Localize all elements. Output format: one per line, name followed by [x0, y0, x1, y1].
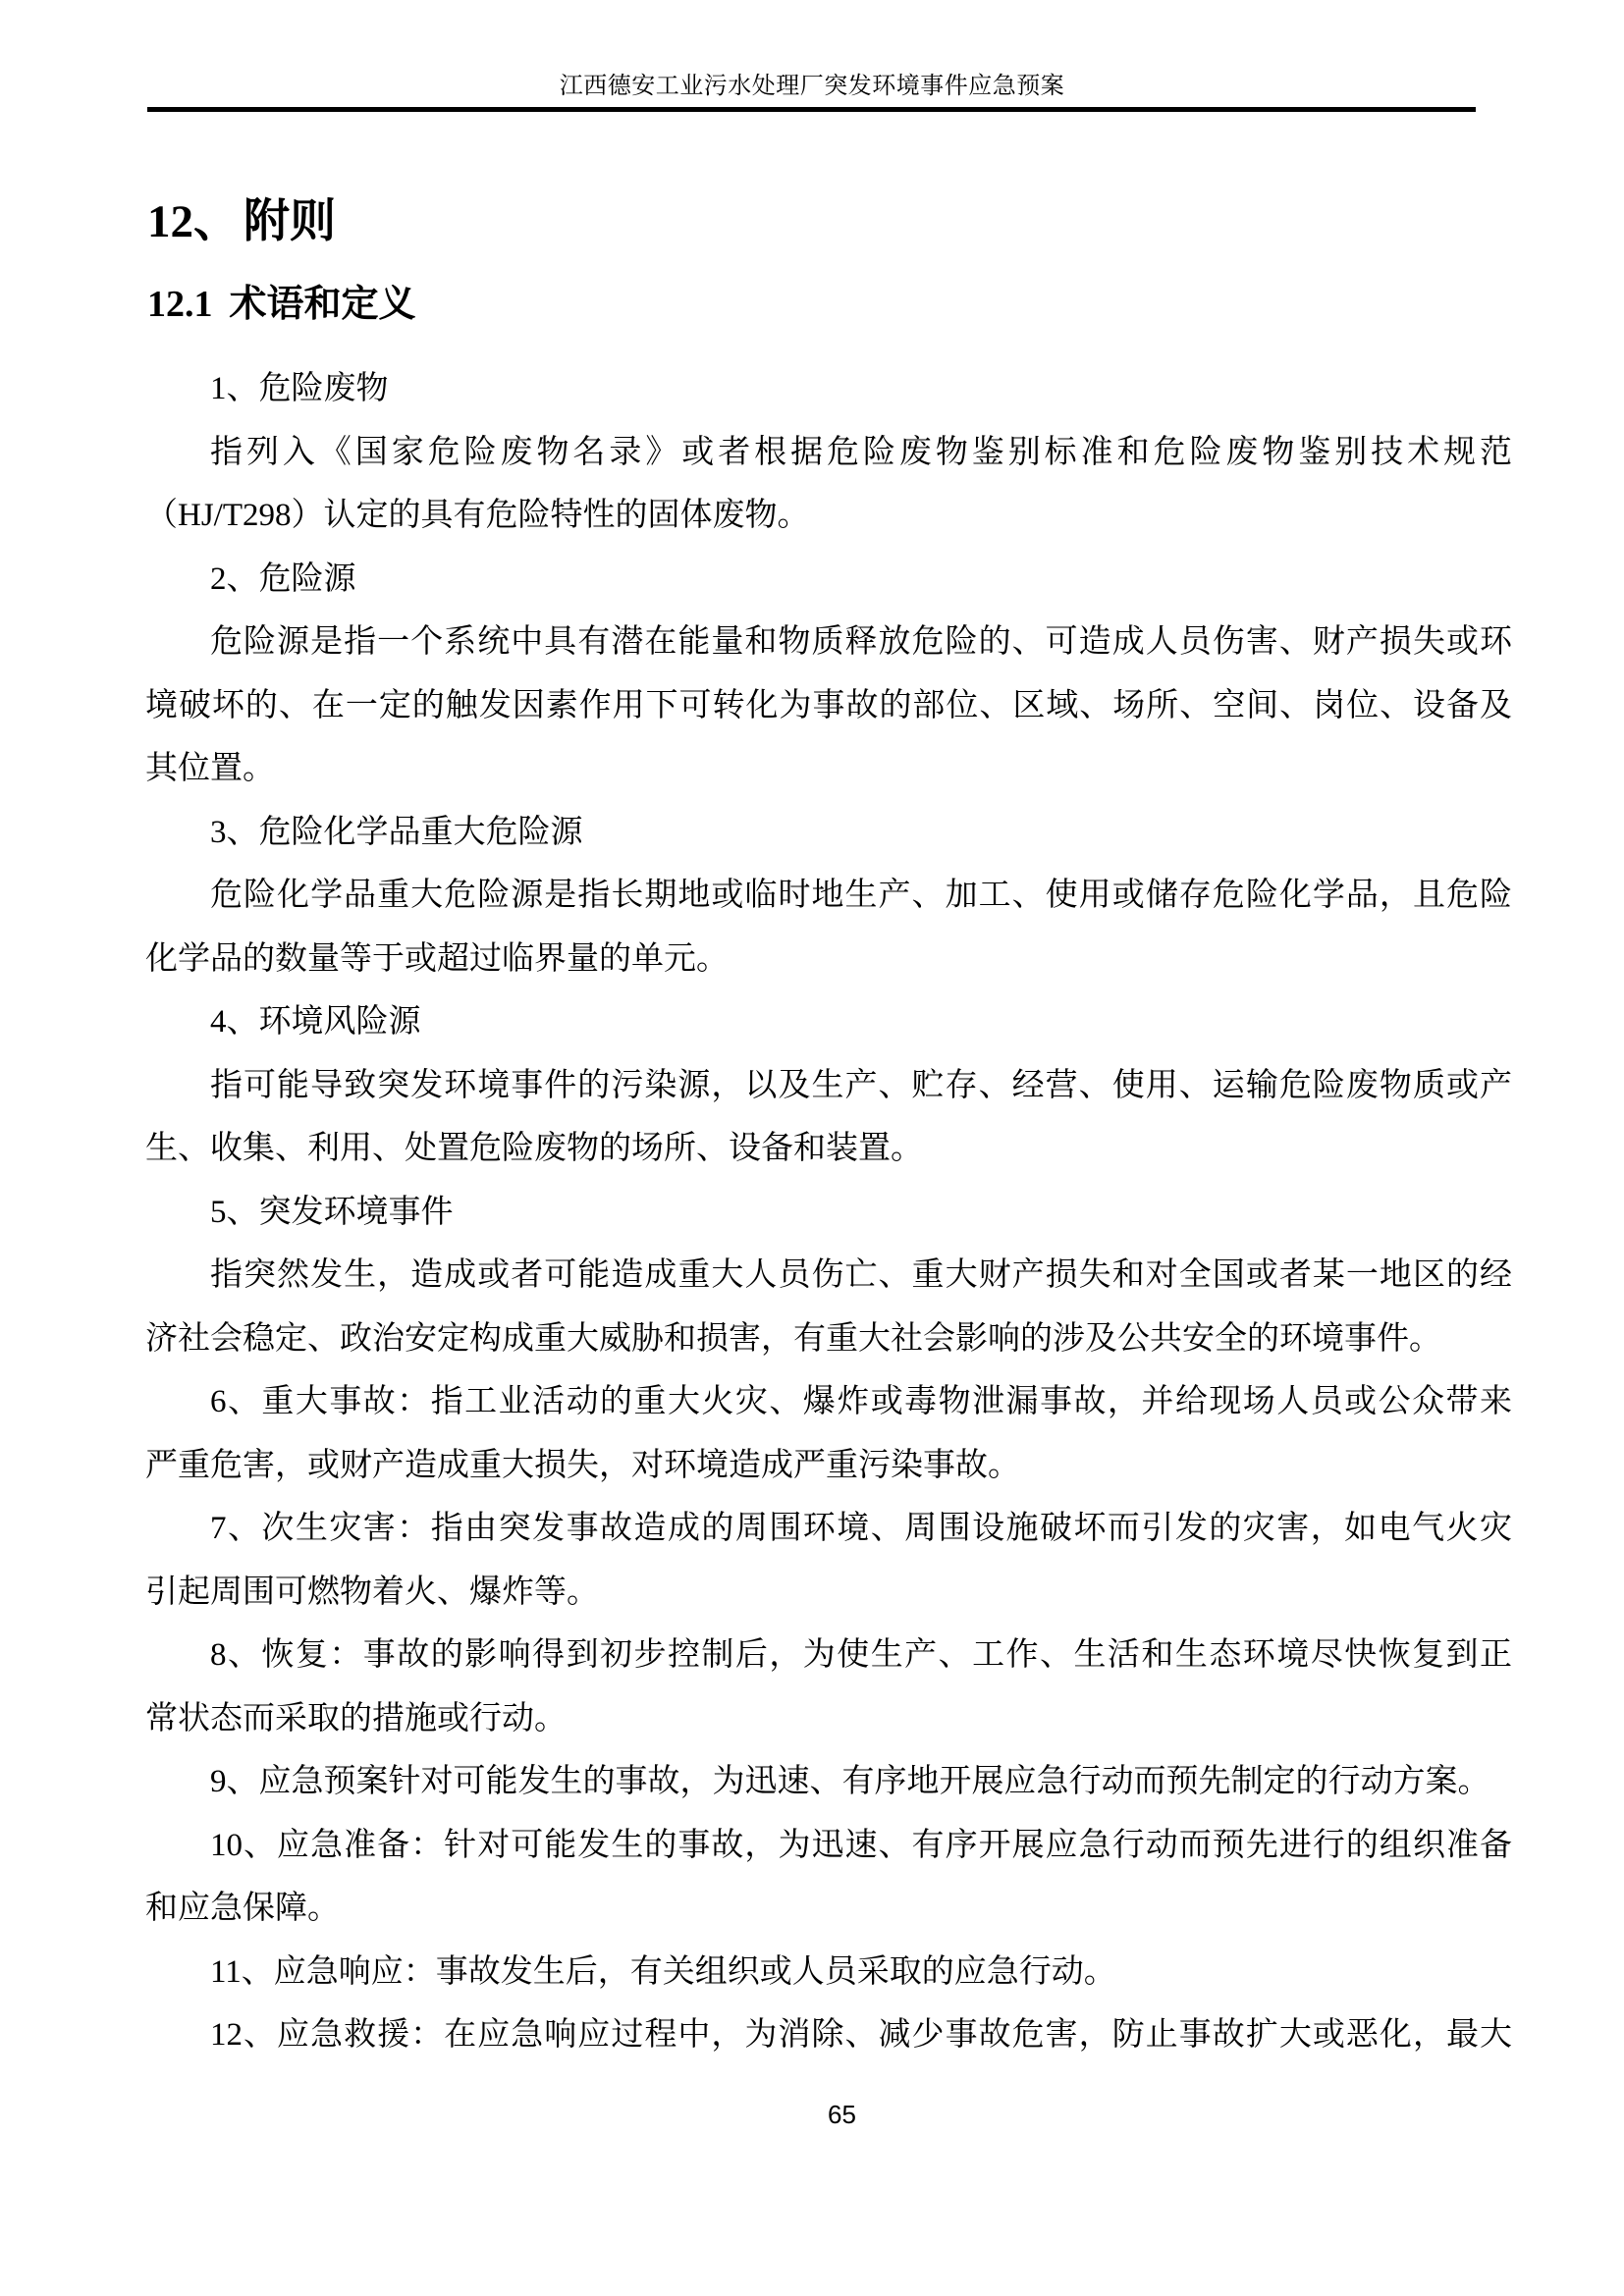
body-line: 1、危险废物 — [145, 357, 1512, 421]
document-page: 江西德安工业污水处理厂突发环境事件应急预案 12、附则 12.1术语和定义 1、… — [0, 0, 1624, 2296]
page-header-title: 江西德安工业污水处理厂突发环境事件应急预案 — [0, 73, 1624, 100]
body-line: 引起周围可燃物着火、爆炸等。 — [145, 1561, 1512, 1625]
page-number: 65 — [828, 2102, 856, 2127]
body-line: 和应急保障。 — [145, 1877, 1512, 1941]
section-number: 12.1 — [147, 284, 213, 325]
header-divider — [147, 107, 1476, 112]
body-line: 11、应急响应：事故发生后，有关组织或人员采取的应急行动。 — [145, 1941, 1512, 2004]
body-line: 12、应急救援：在应急响应过程中，为消除、减少事故危害，防止事故扩大或恶化，最大 — [145, 2003, 1512, 2067]
body-line: 危险源是指一个系统中具有潜在能量和物质释放危险的、可造成人员伤害、财产损失或环 — [145, 611, 1512, 674]
body-line: 3、危险化学品重大危险源 — [145, 801, 1512, 865]
body-line: 4、环境风险源 — [145, 990, 1512, 1054]
body-line: 严重危害，或财产造成重大损失，对环境造成严重污染事故。 — [145, 1434, 1512, 1498]
section-title: 术语和定义 — [230, 284, 416, 325]
body-line: 10、应急准备：针对可能发生的事故，为迅速、有序开展应急行动而预先进行的组织准备 — [145, 1814, 1512, 1878]
chapter-title: 附则 — [244, 196, 336, 247]
body-line: 生、收集、利用、处置危险废物的场所、设备和装置。 — [145, 1117, 1512, 1181]
body-line: 5、突发环境事件 — [145, 1181, 1512, 1245]
body-line: 指可能导致突发环境事件的污染源，以及生产、贮存、经营、使用、运输危险废物质或产 — [145, 1054, 1512, 1118]
body-line: 其位置。 — [145, 737, 1512, 801]
body-line: 指列入《国家危险废物名录》或者根据危险废物鉴别标准和危险废物鉴别技术规范 — [145, 421, 1512, 485]
body-line: 化学品的数量等于或超过临界量的单元。 — [145, 928, 1512, 991]
section-heading: 12.1术语和定义 — [147, 286, 416, 323]
body-line: （HJ/T298）认定的具有危险特性的固体废物。 — [145, 484, 1512, 548]
chapter-heading: 12、附则 — [147, 199, 336, 245]
body-line: 境破坏的、在一定的触发因素作用下可转化为事故的部位、区域、场所、空间、岗位、设备… — [145, 674, 1512, 738]
body-line: 常状态而采取的措施或行动。 — [145, 1687, 1512, 1751]
chapter-number: 12、 — [147, 196, 240, 247]
body-line: 危险化学品重大危险源是指长期地或临时地生产、加工、使用或储存危险化学品，且危险 — [145, 864, 1512, 928]
body-line: 指突然发生，造成或者可能造成重大人员伤亡、重大财产损失和对全国或者某一地区的经 — [145, 1244, 1512, 1308]
body-line: 6、重大事故：指工业活动的重大火灾、爆炸或毒物泄漏事故，并给现场人员或公众带来 — [145, 1370, 1512, 1434]
body-line: 2、危险源 — [145, 548, 1512, 612]
terms-section: 1、危险废物指列入《国家危险废物名录》或者根据危险废物鉴别标准和危险废物鉴别技术… — [145, 357, 1512, 2067]
body-line: 8、恢复：事故的影响得到初步控制后，为使生产、工作、生活和生态环境尽快恢复到正 — [145, 1624, 1512, 1687]
body-line: 7、次生灾害：指由突发事故造成的周围环境、周围设施破坏而引发的灾害，如电气火灾 — [145, 1497, 1512, 1561]
body-line: 济社会稳定、政治安定构成重大威胁和损害，有重大社会影响的涉及公共安全的环境事件。 — [145, 1308, 1512, 1371]
body-line: 9、应急预案针对可能发生的事故，为迅速、有序地开展应急行动而预先制定的行动方案。 — [145, 1750, 1512, 1814]
